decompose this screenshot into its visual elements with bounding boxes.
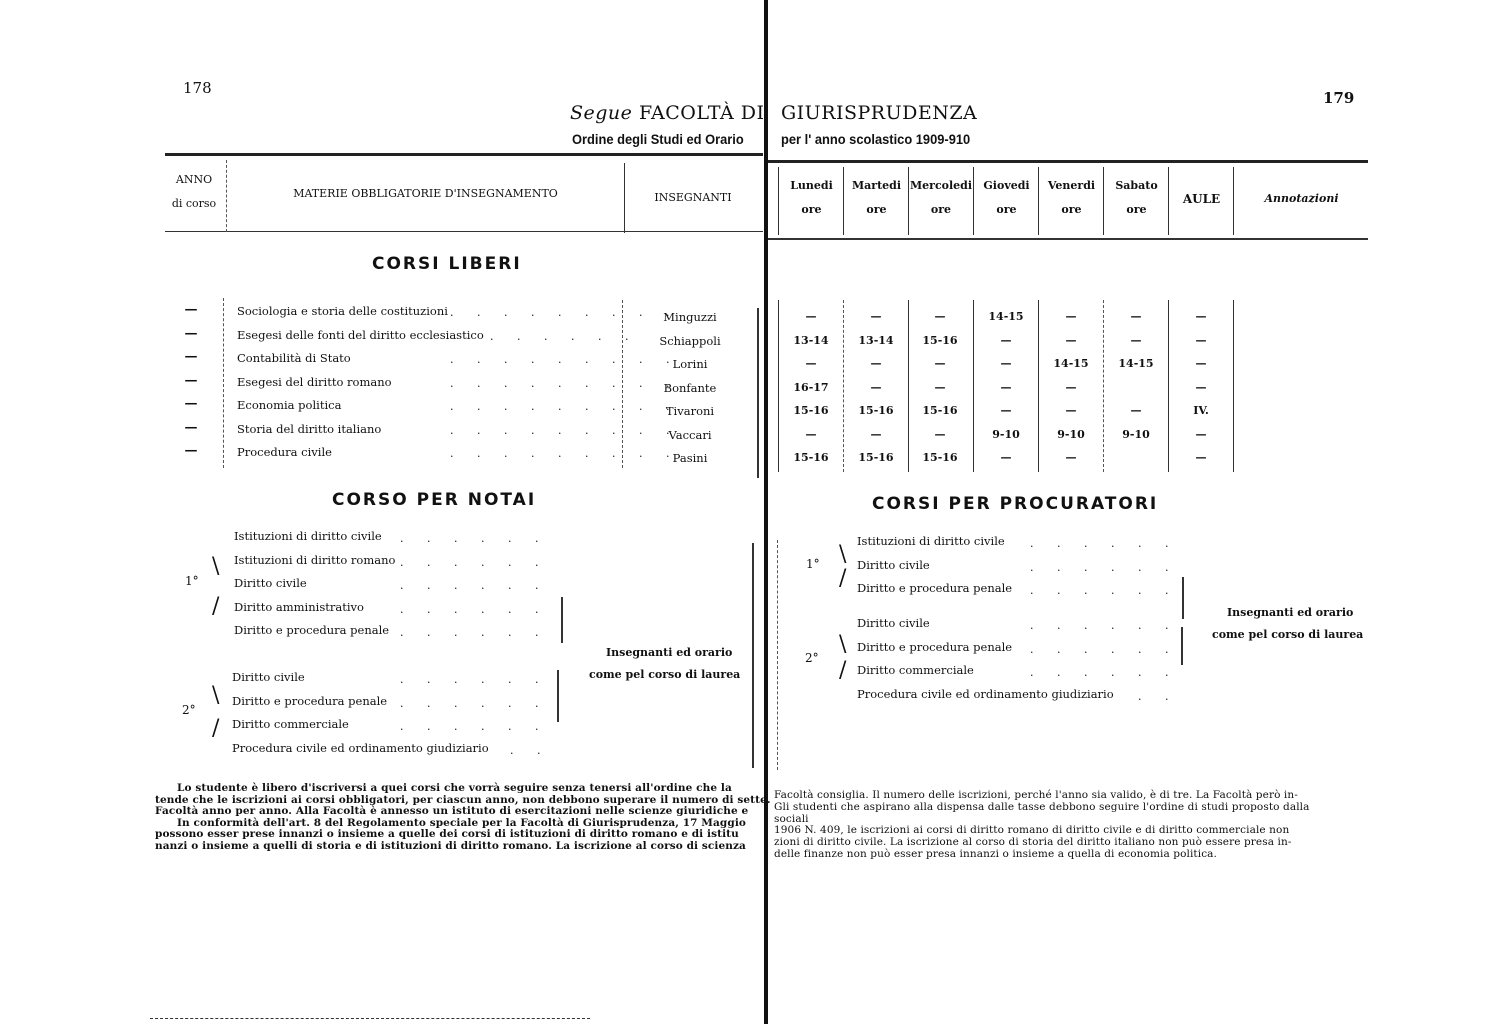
- day-unit: ore: [845, 198, 908, 222]
- hour-cell: —: [909, 381, 971, 394]
- leader-dots: . . . . . .: [1030, 561, 1178, 574]
- leader-dots: . . . . . .: [1030, 619, 1178, 632]
- colhead-bottom-rule-left: [165, 231, 763, 232]
- notai-note-line2: come pel corso di laurea: [589, 668, 740, 681]
- leader-dots: . . . . . .: [400, 720, 548, 733]
- col-insegnanti: INSEGNANTI: [626, 186, 760, 210]
- col-divider: [622, 300, 623, 468]
- subject-name: Diritto e procedura penale: [857, 640, 1012, 654]
- year-label-2: 2°: [805, 651, 819, 665]
- hour-cell: —: [780, 357, 842, 370]
- left-page-subtitle: Ordine degli Studi ed Orario: [572, 131, 744, 147]
- footnote-line: delle finanze non può esser presa innanz…: [774, 849, 1217, 861]
- notai-note-line1: Insegnanti ed orario: [606, 646, 732, 659]
- anno-cell: —: [181, 396, 201, 411]
- brace-glyph: /: [212, 596, 219, 618]
- footnote-line: Gli studenti che aspirano alla dispensa …: [774, 802, 1309, 814]
- col-anno-line2: di corso: [166, 192, 222, 216]
- col-divider: [973, 300, 974, 472]
- procuratori-note-line2: come pel corso di laurea: [1212, 628, 1363, 641]
- hour-cell: 13-14: [780, 334, 842, 347]
- day-unit: ore: [1040, 198, 1103, 222]
- subject-name: Istituzioni di diritto romano: [234, 553, 395, 567]
- bracket-line: [561, 597, 563, 643]
- right-page-subtitle: per l' anno scolastico 1909-910: [781, 131, 970, 147]
- brace-glyph: \: [839, 544, 846, 566]
- col-divider: [1168, 167, 1169, 235]
- col-annotazioni: Annotazioni: [1235, 187, 1368, 211]
- right-page-number: 179: [1323, 89, 1354, 107]
- section-title-corsi-procuratori: CORSI PER PROCURATORI: [872, 494, 1158, 514]
- hour-cell: —: [780, 428, 842, 441]
- brace-glyph: \: [839, 634, 846, 656]
- footnote-line: possono esser prese innanzi o insieme a …: [155, 829, 739, 841]
- hour-cell: 9-10: [1040, 428, 1102, 441]
- hour-cell: 15-16: [845, 451, 907, 464]
- subject-name: Diritto amministrativo: [234, 600, 364, 614]
- hour-cell: —: [1105, 310, 1167, 323]
- hour-cell: 9-10: [1105, 428, 1167, 441]
- leader-dots: . . . . . .: [400, 673, 548, 686]
- subject-name: Procedura civile ed ordinamento giudizia…: [232, 741, 489, 755]
- day-name: Sabato: [1105, 174, 1168, 198]
- leader-dots: . . . . . .: [400, 579, 548, 592]
- col-anno: ANNO di corso: [166, 168, 222, 216]
- footnote-line: 1906 N. 409, le iscrizioni ai corsi di d…: [774, 825, 1289, 837]
- teacher-name: Vaccari: [640, 428, 740, 442]
- hour-cell: 14-15: [1040, 357, 1102, 370]
- hour-cell: 16-17: [780, 381, 842, 394]
- hour-cell: 9-10: [975, 428, 1037, 441]
- leader-dots: . . . . . .: [400, 556, 548, 569]
- colhead-bottom-rule-right: [768, 238, 1368, 240]
- anno-cell: —: [181, 373, 201, 388]
- leader-dots: . . . . . .: [400, 532, 548, 545]
- footnote-line: sociali: [774, 814, 809, 826]
- leader-dots: . . . . . .: [1030, 666, 1178, 679]
- anno-cell: —: [181, 302, 201, 317]
- subject-name: Diritto e procedura penale: [234, 623, 389, 637]
- leader-dots: . . . . . .: [1030, 643, 1178, 656]
- col-divider: [843, 167, 844, 235]
- header-rule-right: [768, 160, 1368, 163]
- aula-cell: —: [1170, 334, 1232, 347]
- section-title-corso-notai: CORSO PER NOTAI: [332, 490, 536, 510]
- leader-dots: . . . . . .: [400, 626, 548, 639]
- hour-cell: —: [975, 451, 1037, 464]
- anno-cell: —: [181, 443, 201, 458]
- subject-name: Diritto civile: [234, 576, 307, 590]
- teacher-name: Lorini: [640, 357, 740, 371]
- subject-name: Procedura civile: [237, 445, 332, 459]
- col-divider: [778, 167, 779, 235]
- subject-name: Procedura civile ed ordinamento giudizia…: [857, 687, 1114, 701]
- leader-dots: . . . . . .: [400, 603, 548, 616]
- hour-cell: —: [975, 357, 1037, 370]
- brace-glyph: /: [212, 718, 219, 740]
- subject-name: Economia politica: [237, 398, 341, 412]
- subject-name: Diritto civile: [232, 670, 305, 684]
- footnote-line: Facoltà anno per anno. Alla Facoltà è an…: [155, 806, 748, 818]
- col-venerdi: Venerdiore: [1040, 174, 1103, 222]
- bracket-line: [1181, 627, 1183, 665]
- brace-glyph: \: [212, 685, 219, 707]
- teacher-name: Tivaroni: [640, 404, 740, 418]
- bracket-line: [1182, 577, 1184, 619]
- hour-cell: —: [1105, 334, 1167, 347]
- subject-name: Esegesi delle fonti del diritto ecclesia…: [237, 328, 484, 342]
- header-rule-left: [165, 153, 763, 156]
- hour-cell: 15-16: [780, 451, 842, 464]
- col-divider: [223, 298, 224, 468]
- col-giovedi: Giovediore: [975, 174, 1038, 222]
- left-page-number: 178: [183, 79, 212, 97]
- footnote-line: nanzi o insieme a quelli di storia e di …: [155, 841, 746, 853]
- subject-name: Istituzioni di diritto civile: [857, 534, 1005, 548]
- day-name: Giovedi: [975, 174, 1038, 198]
- col-lunedi: Lunediore: [780, 174, 843, 222]
- col-divider: [1038, 167, 1039, 235]
- day-name: Mercoledi: [909, 174, 973, 198]
- col-aule: AULE: [1170, 187, 1233, 211]
- brace-glyph: /: [839, 660, 846, 682]
- hour-cell: —: [975, 334, 1037, 347]
- right-page-title: GIURISPRUDENZA: [781, 102, 977, 124]
- anno-cell: —: [181, 349, 201, 364]
- day-unit: ore: [909, 198, 973, 222]
- hour-cell: —: [975, 404, 1037, 417]
- day-unit: ore: [1105, 198, 1168, 222]
- col-mercoledi: Mercolediore: [909, 174, 973, 222]
- aula-cell: —: [1170, 428, 1232, 441]
- col-divider: [757, 308, 759, 478]
- col-divider: [226, 160, 227, 232]
- subject-name: Diritto commerciale: [857, 663, 974, 677]
- col-divider: [973, 167, 974, 235]
- hour-cell: 15-16: [909, 334, 971, 347]
- title-main: FACOLTÀ DI: [639, 102, 765, 124]
- year-label-2: 2°: [182, 703, 196, 717]
- footnote-line: Facoltà consiglia. Il numero delle iscri…: [774, 790, 1298, 802]
- day-name: Lunedi: [780, 174, 843, 198]
- subject-name: Storia del diritto italiano: [237, 422, 381, 436]
- leader-dots: . .: [510, 744, 551, 757]
- section-title-corsi-liberi: CORSI LIBERI: [372, 254, 522, 274]
- year-label-1: 1°: [185, 574, 199, 588]
- aula-cell: —: [1170, 451, 1232, 464]
- col-anno-line1: ANNO: [166, 168, 222, 192]
- hour-cell: —: [845, 310, 907, 323]
- procuratori-note-line1: Insegnanti ed orario: [1227, 606, 1353, 619]
- aula-cell: —: [1170, 381, 1232, 394]
- hour-cell: —: [1040, 381, 1102, 394]
- col-divider: [1103, 167, 1104, 235]
- hour-cell: —: [1105, 404, 1167, 417]
- hour-cell: 14-15: [1105, 357, 1167, 370]
- anno-cell: —: [181, 326, 201, 341]
- hour-cell: —: [909, 428, 971, 441]
- col-divider: [1233, 167, 1234, 235]
- teacher-name: Minguzzi: [640, 310, 740, 324]
- col-divider: [752, 543, 754, 768]
- bottom-edge-rule: [150, 1018, 590, 1019]
- col-divider: [1038, 300, 1039, 472]
- teacher-name: Bonfante: [640, 381, 740, 395]
- aula-cell: —: [1170, 357, 1232, 370]
- leader-dots: . . . . . .: [490, 330, 638, 343]
- leader-dots: . .: [1138, 690, 1179, 703]
- col-divider: [624, 163, 625, 233]
- hour-cell: —: [845, 428, 907, 441]
- hour-cell: —: [780, 310, 842, 323]
- subject-name: Diritto e procedura penale: [857, 581, 1012, 595]
- subject-name: Sociologia e storia delle costituzioni: [237, 304, 448, 318]
- brace-glyph: /: [839, 568, 846, 590]
- col-martedi: Martediore: [845, 174, 908, 222]
- book-spine-gutter: [764, 0, 768, 1024]
- day-name: Martedi: [845, 174, 908, 198]
- footnote-line: zioni di diritto civile. La iscrizione a…: [774, 837, 1292, 849]
- teacher-name: Pasini: [640, 451, 740, 465]
- hour-cell: 15-16: [909, 404, 971, 417]
- col-divider: [1233, 300, 1234, 472]
- aula-cell: —: [1170, 310, 1232, 323]
- col-divider: [1103, 300, 1104, 472]
- leader-dots: . . . . . .: [1030, 537, 1178, 550]
- hour-cell: —: [909, 357, 971, 370]
- day-unit: ore: [975, 198, 1038, 222]
- hour-cell: —: [909, 310, 971, 323]
- hour-cell: —: [975, 381, 1037, 394]
- subject-name: Istituzioni di diritto civile: [234, 529, 382, 543]
- subject-name: Esegesi del diritto romano: [237, 375, 392, 389]
- bracket-line: [557, 670, 559, 722]
- subject-name: Contabilità di Stato: [237, 351, 351, 365]
- subject-name: Diritto civile: [857, 616, 930, 630]
- col-divider: [1168, 300, 1169, 472]
- col-divider: [908, 300, 909, 472]
- brace-glyph: \: [212, 556, 219, 578]
- leader-dots: . . . . . .: [1030, 584, 1178, 597]
- col-divider: [777, 540, 778, 770]
- hour-cell: —: [1040, 451, 1102, 464]
- hour-cell: 14-15: [975, 310, 1037, 323]
- left-page-title: Segue FACOLTÀ DI: [570, 102, 765, 124]
- col-sabato: Sabatoore: [1105, 174, 1168, 222]
- day-unit: ore: [780, 198, 843, 222]
- hour-cell: 15-16: [780, 404, 842, 417]
- hour-cell: 15-16: [845, 404, 907, 417]
- hour-cell: 13-14: [845, 334, 907, 347]
- year-label-1: 1°: [806, 557, 820, 571]
- leader-dots: . . . . . .: [400, 697, 548, 710]
- hour-cell: 15-16: [909, 451, 971, 464]
- footnote-line: Lo studente è libero d'iscriversi a quei…: [177, 783, 732, 795]
- subject-name: Diritto e procedura penale: [232, 694, 387, 708]
- aula-cell: IV.: [1170, 404, 1232, 417]
- anno-cell: —: [181, 420, 201, 435]
- subject-name: Diritto civile: [857, 558, 930, 572]
- hour-cell: —: [845, 381, 907, 394]
- teacher-name: Schiappoli: [640, 334, 740, 348]
- title-italic-prefix: Segue: [570, 102, 632, 124]
- col-divider: [778, 300, 779, 472]
- hour-cell: —: [1040, 334, 1102, 347]
- col-materie: MATERIE OBBLIGATORIE D'INSEGNAMENTO: [228, 182, 623, 206]
- hour-cell: —: [1040, 310, 1102, 323]
- hour-cell: —: [1040, 404, 1102, 417]
- hour-cell: —: [845, 357, 907, 370]
- subject-name: Diritto commerciale: [232, 717, 349, 731]
- col-divider: [843, 300, 844, 472]
- day-name: Venerdi: [1040, 174, 1103, 198]
